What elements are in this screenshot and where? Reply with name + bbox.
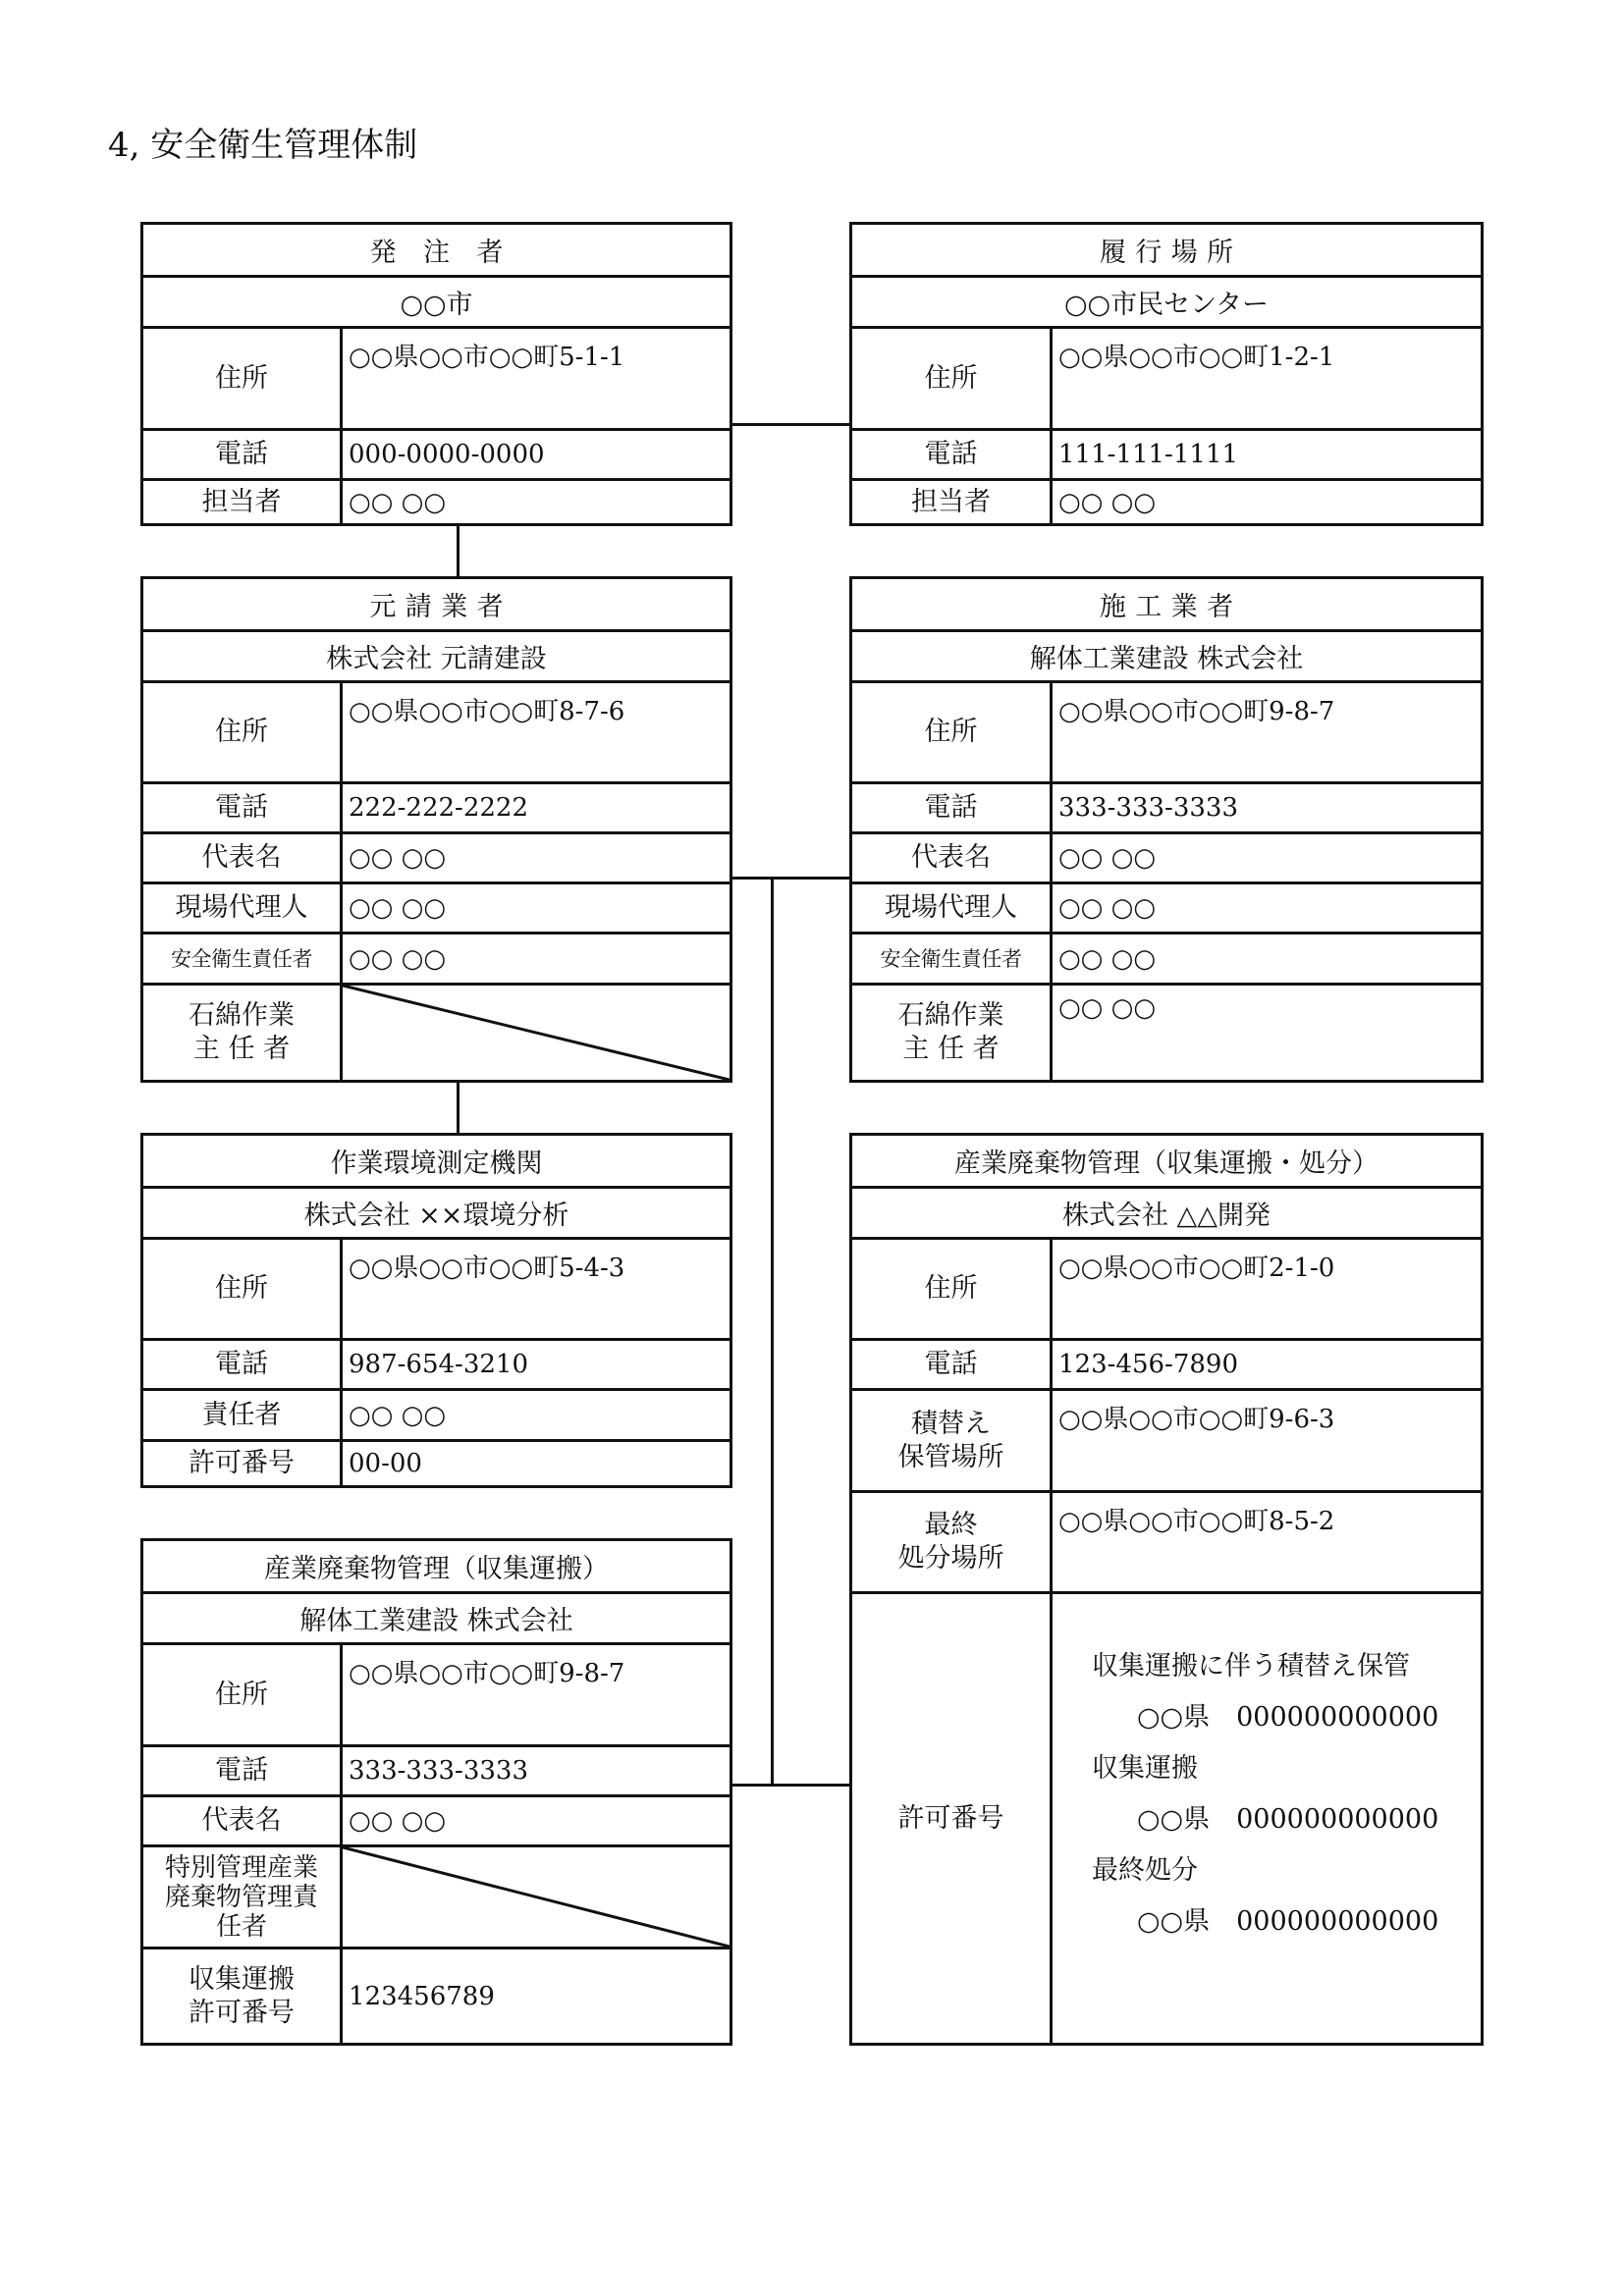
site-box: 履行場所 ○○市民センター 住所 ○○県○○市○○町1-2-1 電話 111-1… bbox=[849, 222, 1484, 526]
permit-category: 最終処分 bbox=[1092, 1845, 1438, 1896]
waste-disposal-final-site-value: ○○県○○市○○町8-5-2 bbox=[1053, 1493, 1481, 1591]
contractor-box: 施工業者 解体工業建設 株式会社 住所 ○○県○○市○○町9-8-7 電話 33… bbox=[849, 576, 1484, 1083]
diagonal-strike-icon bbox=[343, 1847, 730, 1947]
permit-category: 収集運搬 bbox=[1092, 1743, 1438, 1794]
contractor-safety-officer-label: 安全衛生責任者 bbox=[852, 934, 1053, 983]
site-address-value: ○○県○○市○○町1-2-1 bbox=[1053, 329, 1481, 428]
waste-disposal-transfer-storage-value: ○○県○○市○○町9-6-3 bbox=[1053, 1391, 1481, 1490]
waste-transport-special-manager-label: 特別管理産業 廃棄物管理責 任者 bbox=[143, 1847, 343, 1947]
contractor-heading: 施工業者 bbox=[852, 579, 1481, 629]
site-address-label: 住所 bbox=[852, 329, 1053, 428]
client-name: ○○市 bbox=[143, 278, 730, 326]
connector-vertical-trunk bbox=[771, 877, 774, 1787]
waste-disposal-address-label: 住所 bbox=[852, 1240, 1053, 1338]
measurement-permit-value: 00-00 bbox=[343, 1442, 730, 1485]
client-box: 発 注 者 ○○市 住所 ○○県○○市○○町5-1-1 電話 000-0000-… bbox=[140, 222, 732, 526]
waste-disposal-permit-label: 許可番号 bbox=[852, 1594, 1053, 2043]
contractor-site-agent-label: 現場代理人 bbox=[852, 884, 1053, 932]
prime-address-value: ○○県○○市○○町8-7-6 bbox=[343, 683, 730, 781]
measurement-permit-label: 許可番号 bbox=[143, 1442, 343, 1485]
label-line: 特別管理産業 bbox=[165, 1853, 318, 1883]
measurement-phone-value: 987-654-3210 bbox=[343, 1341, 730, 1388]
measurement-responsible-label: 責任者 bbox=[143, 1391, 343, 1439]
label-line: 石綿作業 bbox=[898, 999, 1004, 1033]
client-contact-label: 担当者 bbox=[143, 481, 343, 523]
waste-transport-special-manager-value-empty bbox=[343, 1847, 730, 1947]
site-phone-value: 111-111-1111 bbox=[1053, 431, 1481, 478]
site-name: ○○市民センター bbox=[852, 278, 1481, 326]
connector-prime-measurement bbox=[457, 1083, 460, 1133]
prime-phone-label: 電話 bbox=[143, 784, 343, 831]
page-title: 4, 安全衛生管理体制 bbox=[108, 124, 417, 167]
prime-contractor-box: 元請業者 株式会社 元請建設 住所 ○○県○○市○○町8-7-6 電話 222-… bbox=[140, 576, 732, 1083]
client-address-label: 住所 bbox=[143, 329, 343, 428]
permit-entry: ○○県 000000000000 bbox=[1092, 1794, 1438, 1845]
label-line: 最終 bbox=[925, 1509, 978, 1542]
contractor-site-agent-value: ○○ ○○ bbox=[1053, 884, 1481, 932]
prime-phone-value: 222-222-2222 bbox=[343, 784, 730, 831]
waste-transport-address-value: ○○県○○市○○町9-8-7 bbox=[343, 1645, 730, 1744]
site-heading: 履行場所 bbox=[852, 225, 1481, 275]
prime-heading: 元請業者 bbox=[143, 579, 730, 629]
label-line: 廃棄物管理責 bbox=[165, 1883, 318, 1912]
contractor-address-value: ○○県○○市○○町9-8-7 bbox=[1053, 683, 1481, 781]
prime-safety-officer-label: 安全衛生責任者 bbox=[143, 934, 343, 983]
waste-disposal-final-site-label: 最終 処分場所 bbox=[852, 1493, 1053, 1591]
measurement-heading: 作業環境測定機関 bbox=[143, 1136, 730, 1186]
measurement-agency-box: 作業環境測定機関 株式会社 ××環境分析 住所 ○○県○○市○○町5-4-3 電… bbox=[140, 1133, 732, 1488]
permit-category: 収集運搬に伴う積替え保管 bbox=[1092, 1641, 1438, 1692]
contractor-address-label: 住所 bbox=[852, 683, 1053, 781]
waste-transport-address-label: 住所 bbox=[143, 1645, 343, 1744]
label-line: 収集運搬 bbox=[189, 1963, 295, 1997]
contractor-safety-officer-value: ○○ ○○ bbox=[1053, 934, 1481, 983]
permit-entry: ○○県 000000000000 bbox=[1092, 1896, 1438, 1948]
waste-disposal-address-value: ○○県○○市○○町2-1-0 bbox=[1053, 1240, 1481, 1338]
client-phone-label: 電話 bbox=[143, 431, 343, 478]
label-line: 主 任 者 bbox=[902, 1033, 999, 1066]
contractor-phone-label: 電話 bbox=[852, 784, 1053, 831]
contractor-representative-value: ○○ ○○ bbox=[1053, 834, 1481, 881]
waste-transport-representative-value: ○○ ○○ bbox=[343, 1797, 730, 1844]
waste-transport-heading: 産業廃棄物管理（収集運搬） bbox=[143, 1541, 730, 1591]
connector-prime-contractor bbox=[732, 877, 849, 880]
permit-pref: ○○県 bbox=[1137, 1702, 1210, 1733]
label-line: 許可番号 bbox=[189, 1997, 295, 2030]
prime-site-agent-value: ○○ ○○ bbox=[343, 884, 730, 932]
prime-site-agent-label: 現場代理人 bbox=[143, 884, 343, 932]
measurement-responsible-value: ○○ ○○ bbox=[343, 1391, 730, 1439]
label-line: 石綿作業 bbox=[189, 999, 295, 1033]
connector-client-prime bbox=[457, 526, 460, 576]
waste-transport-phone-label: 電話 bbox=[143, 1747, 343, 1794]
prime-address-label: 住所 bbox=[143, 683, 343, 781]
contractor-representative-label: 代表名 bbox=[852, 834, 1053, 881]
permit-number: 000000000000 bbox=[1236, 1702, 1438, 1733]
permit-entry: ○○県 000000000000 bbox=[1092, 1692, 1438, 1743]
site-phone-label: 電話 bbox=[852, 431, 1053, 478]
contractor-asbestos-chief-value: ○○ ○○ bbox=[1053, 986, 1481, 1080]
connector-waste-boxes bbox=[732, 1784, 849, 1787]
contractor-name: 解体工業建設 株式会社 bbox=[852, 632, 1481, 680]
label-line: 積替え bbox=[911, 1408, 991, 1441]
measurement-address-label: 住所 bbox=[143, 1240, 343, 1338]
waste-disposal-phone-label: 電話 bbox=[852, 1341, 1053, 1388]
contractor-phone-value: 333-333-3333 bbox=[1053, 784, 1481, 831]
measurement-phone-label: 電話 bbox=[143, 1341, 343, 1388]
client-address-value: ○○県○○市○○町5-1-1 bbox=[343, 329, 730, 428]
waste-disposal-box: 産業廃棄物管理（収集運搬・処分） 株式会社 △△開発 住所 ○○県○○市○○町2… bbox=[849, 1133, 1484, 2046]
site-contact-label: 担当者 bbox=[852, 481, 1053, 523]
prime-asbestos-chief-value-empty bbox=[343, 986, 730, 1080]
waste-transport-phone-value: 333-333-3333 bbox=[343, 1747, 730, 1794]
waste-disposal-name: 株式会社 △△開発 bbox=[852, 1189, 1481, 1237]
waste-disposal-heading: 産業廃棄物管理（収集運搬・処分） bbox=[852, 1136, 1481, 1186]
diagonal-strike-icon bbox=[343, 986, 730, 1080]
permit-number: 000000000000 bbox=[1236, 1804, 1438, 1835]
waste-transport-box: 産業廃棄物管理（収集運搬） 解体工業建設 株式会社 住所 ○○県○○市○○町9-… bbox=[140, 1538, 732, 2046]
prime-name: 株式会社 元請建設 bbox=[143, 632, 730, 680]
prime-representative-value: ○○ ○○ bbox=[343, 834, 730, 881]
site-contact-value: ○○ ○○ bbox=[1053, 481, 1481, 523]
permit-pref: ○○県 bbox=[1137, 1906, 1210, 1937]
client-phone-value: 000-0000-0000 bbox=[343, 431, 730, 478]
prime-representative-label: 代表名 bbox=[143, 834, 343, 881]
label-line: 主 任 者 bbox=[193, 1033, 290, 1066]
connector-client-site bbox=[732, 423, 849, 426]
waste-disposal-phone-value: 123-456-7890 bbox=[1053, 1341, 1481, 1388]
label-line: 保管場所 bbox=[898, 1441, 1004, 1474]
waste-transport-name: 解体工業建設 株式会社 bbox=[143, 1594, 730, 1642]
permit-number: 000000000000 bbox=[1236, 1906, 1438, 1937]
waste-transport-permit-value: 123456789 bbox=[343, 1949, 730, 2043]
permit-pref: ○○県 bbox=[1137, 1804, 1210, 1835]
prime-safety-officer-value: ○○ ○○ bbox=[343, 934, 730, 983]
measurement-name: 株式会社 ××環境分析 bbox=[143, 1189, 730, 1237]
client-heading: 発 注 者 bbox=[143, 225, 730, 275]
contractor-asbestos-chief-label: 石綿作業 主 任 者 bbox=[852, 986, 1053, 1080]
label-line: 処分場所 bbox=[898, 1542, 1004, 1575]
waste-transport-permit-label: 収集運搬 許可番号 bbox=[143, 1949, 343, 2043]
prime-asbestos-chief-label: 石綿作業 主 任 者 bbox=[143, 986, 343, 1080]
client-contact-value: ○○ ○○ bbox=[343, 481, 730, 523]
waste-disposal-transfer-storage-label: 積替え 保管場所 bbox=[852, 1391, 1053, 1490]
label-line: 任者 bbox=[216, 1912, 267, 1942]
measurement-address-value: ○○県○○市○○町5-4-3 bbox=[343, 1240, 730, 1338]
waste-transport-representative-label: 代表名 bbox=[143, 1797, 343, 1844]
waste-disposal-permit-list: 収集運搬に伴う積替え保管 ○○県 000000000000 収集運搬 ○○県 0… bbox=[1053, 1594, 1481, 2043]
